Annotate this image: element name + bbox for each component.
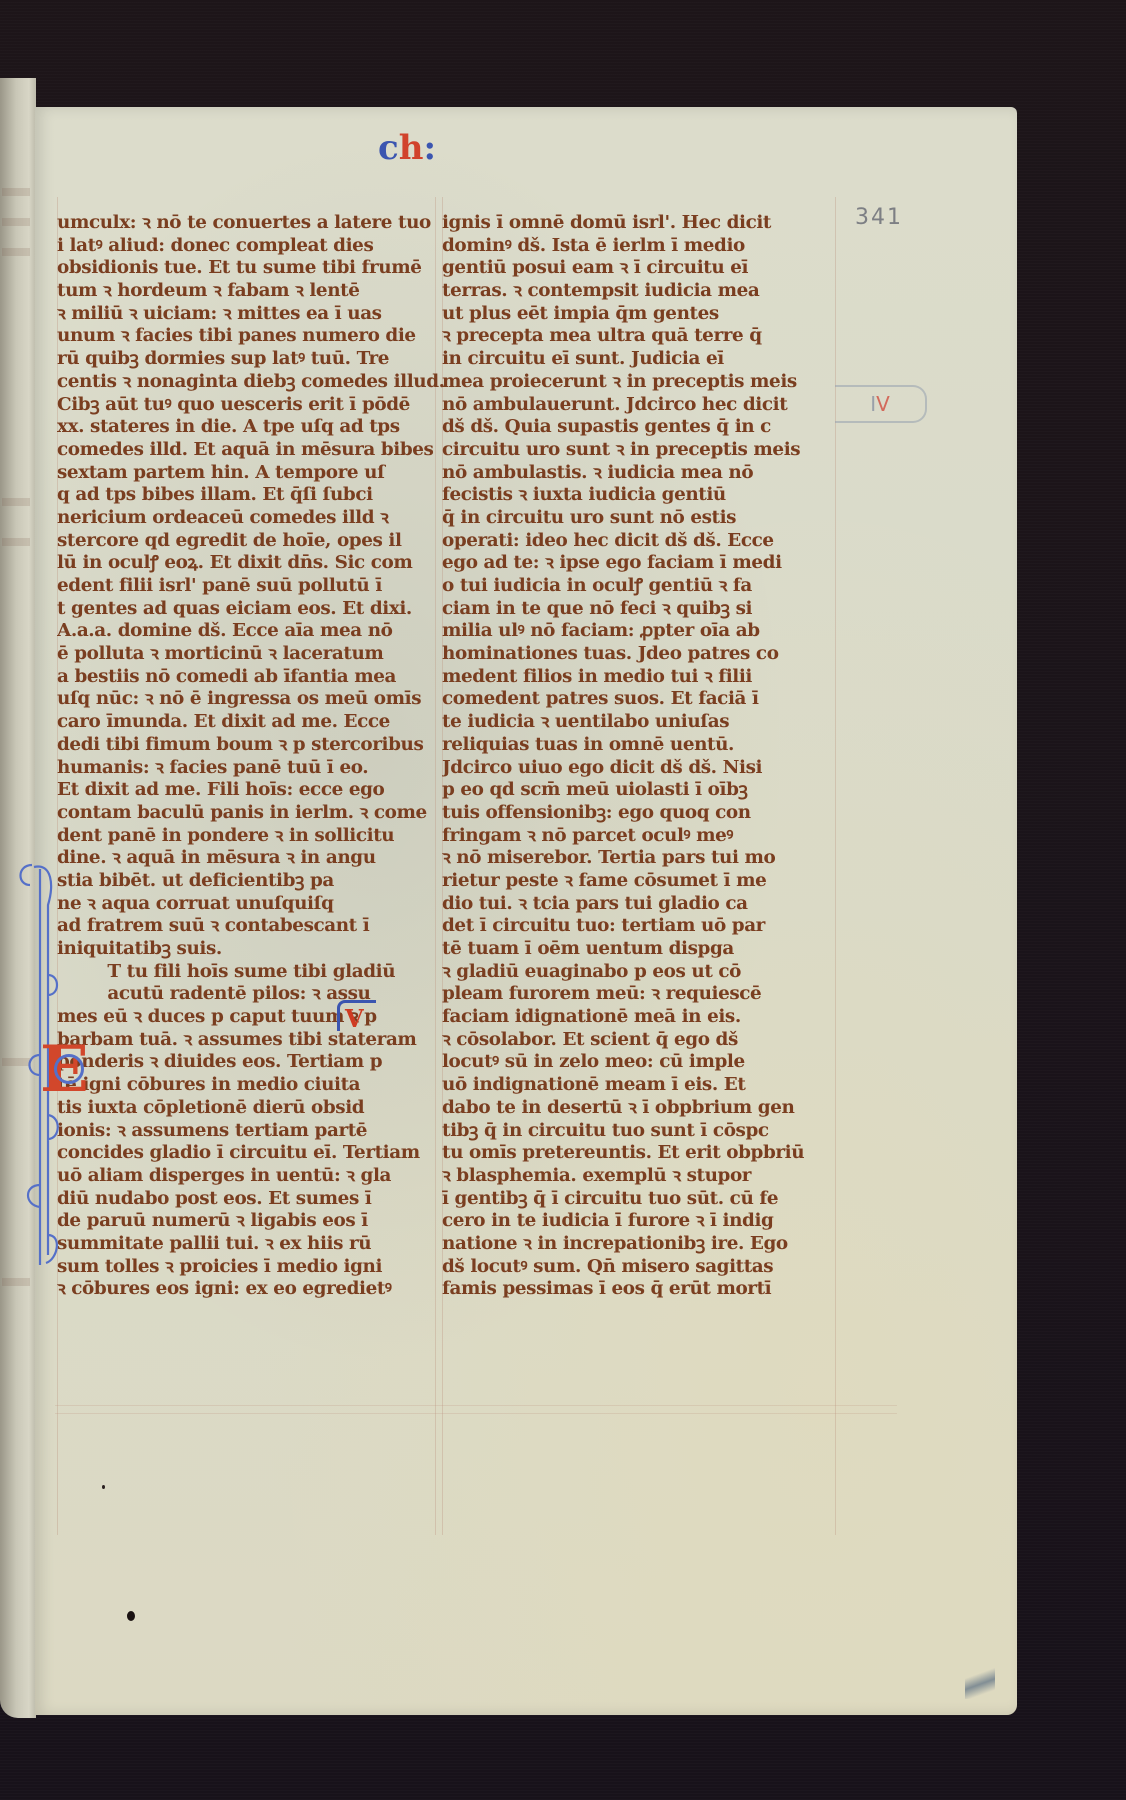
text-line: caro īmunda. Et dixit ad me. Ecce	[57, 711, 454, 734]
text-line: ego ad te: ꝛ ipse ego faciam ī medi	[442, 552, 852, 575]
text-line: ignis ī omnē domū isrl'. Hec dicit	[442, 212, 852, 235]
text-line: dš dš. Quia supastis gentes q̄ in c	[442, 416, 852, 439]
text-line: tē igni cōbures in medio ciuita	[57, 1074, 454, 1097]
text-line: ꝛ miliū ꝛ uiciam: ꝛ mittes ea ī uas	[57, 303, 454, 326]
text-line: acutū radentē pilos: ꝛ assu	[57, 983, 454, 1006]
text-line: medent filios in medio tui ꝛ filii	[442, 666, 852, 689]
text-line: diū nudabo post eos. Et sumes ī	[57, 1188, 454, 1211]
text-line: ꝛ blasphemia. exemplū ꝛ stupor	[442, 1165, 852, 1188]
text-line: mes eū ꝛ duces p caput tuum ꝛ p	[57, 1006, 454, 1029]
text-line: ī gentibꝫ q̄ ī circuitu tuo sūt. cū fe	[442, 1188, 852, 1211]
text-line: dio tui. ꝛ tcia pars tui gladio ca	[442, 893, 852, 916]
running-title: c h :	[378, 130, 436, 166]
initial-swirl-icon	[54, 1054, 84, 1084]
text-line: mea proiecerunt ꝛ in preceptis meis	[442, 371, 852, 394]
text-line: edent filii isrl' panē suū pollutū ī	[57, 575, 454, 598]
ink-blot	[127, 1611, 135, 1621]
text-column-left: umculx: ꝛ nō te conuertes a latere tuoi …	[57, 212, 435, 1301]
text-line: q ad tps bibes illam. Et q̄ſi ſubci	[57, 484, 454, 507]
text-line: p eo qd scm̄ meū uiolasti ī oībꝫ	[442, 779, 852, 802]
text-line: stia bibēt. ut deficientibꝫ pa	[57, 870, 454, 893]
running-title-red: h	[399, 130, 424, 166]
text-line: a bestiis nō comedi ab īfantia mea	[57, 666, 454, 689]
text-line: stercore qd egredit de hoīe, opes il	[57, 530, 454, 553]
text-line: ē polluta ꝛ morticinū ꝛ laceratum	[57, 643, 454, 666]
text-line: T tu fili hoīs sume tibi gladiū	[57, 961, 454, 984]
ink-speck	[102, 1485, 105, 1489]
text-line: faciam idignationē meā in eis.	[442, 1006, 852, 1029]
text-line: dent panē in pondere ꝛ in sollicitu	[57, 825, 454, 848]
show-through-text	[2, 218, 30, 226]
text-line: dominꝰ dš. Ista ē ierlm ī medio	[442, 235, 852, 258]
show-through-text	[2, 1278, 30, 1286]
text-line: ꝛ cōbures eos igni: ex eo egredietꝰ	[57, 1278, 454, 1301]
text-line: tibꝫ q̄ in circuitu tuo sunt ī cōspc	[442, 1120, 852, 1143]
text-line: concides gladio ī circuitu eī. Tertiam	[57, 1142, 454, 1165]
text-line: i latꝰ aliud: donec compleat dies	[57, 235, 454, 258]
text-line: tu omīs pretereuntis. Et erit obpbriū	[442, 1142, 852, 1165]
text-line: uō indignationē meam ī eis. Et	[442, 1074, 852, 1097]
text-line: dine. ꝛ aquā in mēsura ꝛ in angu	[57, 847, 454, 870]
text-line: o tui iudicia in oculꝭ gentiū ꝛ fa	[442, 575, 852, 598]
text-line: ut plus eēt impia q̄m gentes	[442, 303, 852, 326]
corner-stain	[965, 1665, 995, 1699]
text-line: nō ambulauerunt. Jdcirco hec dicit	[442, 394, 852, 417]
text-line: milia ulꝰ nō faciam: ꝓpter oīa ab	[442, 620, 852, 643]
text-line: te iudicia ꝛ uentilabo uniuſas	[442, 711, 852, 734]
text-line: famis pessimas ī eos q̄ erūt mortī	[442, 1278, 852, 1301]
text-line: umculx: ꝛ nō te conuertes a latere tuo	[57, 212, 454, 235]
text-line: tuis offensionibꝫ: ego quoq con	[442, 802, 852, 825]
text-line: dabo te in desertū ꝛ ī obpbrium gen	[442, 1097, 852, 1120]
text-line: Jdcirco uiuo ego dicit dš dš. Nisi	[442, 757, 852, 780]
decorated-initial: E	[40, 1040, 104, 1100]
text-line: xx. stateres in die. A tpe uſq ad tps	[57, 416, 454, 439]
text-line: gentiū posui eam ꝛ ī circuitu eī	[442, 257, 852, 280]
text-line: in circuitu eī sunt. Judicia eī	[442, 348, 852, 371]
text-line: dš locutꝰ sum. Qn̄ misero sagittas	[442, 1256, 852, 1279]
text-line: ꝛ cōsolabor. Et scient q̄ ego dš	[442, 1029, 852, 1052]
text-line: tis iuxta cōpletionē dierū obsid	[57, 1097, 454, 1120]
text-line: pleam furorem meū: ꝛ requiescē	[442, 983, 852, 1006]
show-through-text	[2, 538, 30, 546]
text-line: q̄ in circuitu uro sunt nō estis	[442, 507, 852, 530]
text-line: fringam ꝛ nō parcet oculꝰ meꝰ	[442, 825, 852, 848]
text-line: reliquias tuas in omnē uentū.	[442, 734, 852, 757]
text-line: comedes illd. Et aquā in mēsura bibes	[57, 439, 454, 462]
text-column-right: ignis ī omnē domū isrl'. Hec dicitdominꝰ…	[442, 212, 832, 1301]
text-line: sum tolles ꝛ proicies ī medio igni	[57, 1256, 454, 1279]
text-line: t gentes ad quas eiciam eos. Et dixi.	[57, 598, 454, 621]
text-line: ꝛ precepta mea ultra quā terre q̄	[442, 325, 852, 348]
text-line: locutꝰ sū in zelo meo: cū imple	[442, 1051, 852, 1074]
text-line: hominationes tuas. Jdeo patres co	[442, 643, 852, 666]
text-line: ꝛ nō miserebor. Tertia pars tui mo	[442, 847, 852, 870]
text-line: comedent patres suos. Et faciā ī	[442, 688, 852, 711]
text-line: A.a.a. domine dš. Ecce aīa mea nō	[57, 620, 454, 643]
text-line: uſq nūc: ꝛ nō ē ingressa os meū omīs	[57, 688, 454, 711]
text-line: ciam in te que nō feci ꝛ quibꝫ si	[442, 598, 852, 621]
text-line: tum ꝛ hordeum ꝛ fabam ꝛ lentē	[57, 280, 454, 303]
text-line: uō aliam disperges in uentū: ꝛ gla	[57, 1165, 454, 1188]
ruling-line	[55, 1405, 897, 1406]
text-line: Et dixit ad me. Fili hoīs: ecce ego	[57, 779, 454, 802]
text-line: obsidionis tue. Et tu sume tibi frumē	[57, 257, 454, 280]
text-line: nō ambulastis. ꝛ iudicia mea nō	[442, 462, 852, 485]
text-line: Cibꝫ aūt tuꝰ quo uesceris erit ī pōdē	[57, 394, 454, 417]
text-line: barbam tuā. ꝛ assumes tibi stateram	[57, 1029, 454, 1052]
text-line: summitate pallii tui. ꝛ ex hiis rū	[57, 1233, 454, 1256]
text-line: terras. ꝛ contempsit iudicia mea	[442, 280, 852, 303]
text-line: det ī circuitu tuo: tertiam uō par	[442, 915, 852, 938]
text-line: rietur peste ꝛ fame cōsumet ī me	[442, 870, 852, 893]
text-line: operati: ideo hec dicit dš dš. Ecce	[442, 530, 852, 553]
text-line: rū quibꝫ dormies sup latꝰ tuū. Tre	[57, 348, 454, 371]
text-line: unum ꝛ facies tibi panes numero die	[57, 325, 454, 348]
text-line: ionis: ꝛ assumens tertiam partē	[57, 1120, 454, 1143]
text-line: sextam partem hin. A tempore uſ	[57, 462, 454, 485]
margin-note-red: V	[876, 392, 890, 416]
text-line: de paruū numerū ꝛ ligabis eos ī	[57, 1210, 454, 1233]
text-line: circuitu uro sunt ꝛ in preceptis meis	[442, 439, 852, 462]
text-line: ponderis ꝛ diuides eos. Tertiam p	[57, 1051, 454, 1074]
text-line: dedi tibi fimum boum ꝛ p stercoribus	[57, 734, 454, 757]
text-line: centis ꝛ nonaginta diebꝫ comedes illud.	[57, 371, 454, 394]
text-line: ad fratrem suū ꝛ contabescant ī	[57, 915, 454, 938]
text-line: cero in te iudicia ī furore ꝛ ī indig	[442, 1210, 852, 1233]
ruling-line	[55, 1413, 897, 1414]
show-through-text	[2, 188, 30, 196]
show-through-text	[2, 498, 30, 506]
text-line: humanis: ꝛ facies panē tuū ī eo.	[57, 757, 454, 780]
guide-letter: V	[345, 1004, 364, 1033]
text-line: iniquitatibꝫ suis.	[57, 938, 454, 961]
folio-number: 341	[855, 205, 903, 230]
text-line: lū in oculꝭ eoꝝ. Et dixit dn̄s. Sic com	[57, 552, 454, 575]
running-title-blue: c	[378, 130, 399, 166]
show-through-text	[2, 248, 30, 256]
text-line: fecistis ꝛ iuxta iudicia gentiū	[442, 484, 852, 507]
text-line: nericium ordeaceū comedes illd ꝛ	[57, 507, 454, 530]
text-line: ne ꝛ aqua corruat unuſquiſq	[57, 893, 454, 916]
text-line: contam baculū panis in ierlm. ꝛ come	[57, 802, 454, 825]
running-title-dot: :	[423, 130, 436, 166]
text-line: natione ꝛ in increpationibꝫ ire. Ego	[442, 1233, 852, 1256]
text-line: ꝛ gladiū euaginabo p eos ut cō	[442, 961, 852, 984]
blue-bracket-icon	[337, 1000, 376, 1031]
text-line: tē tuam ī oēm uentum dispga	[442, 938, 852, 961]
